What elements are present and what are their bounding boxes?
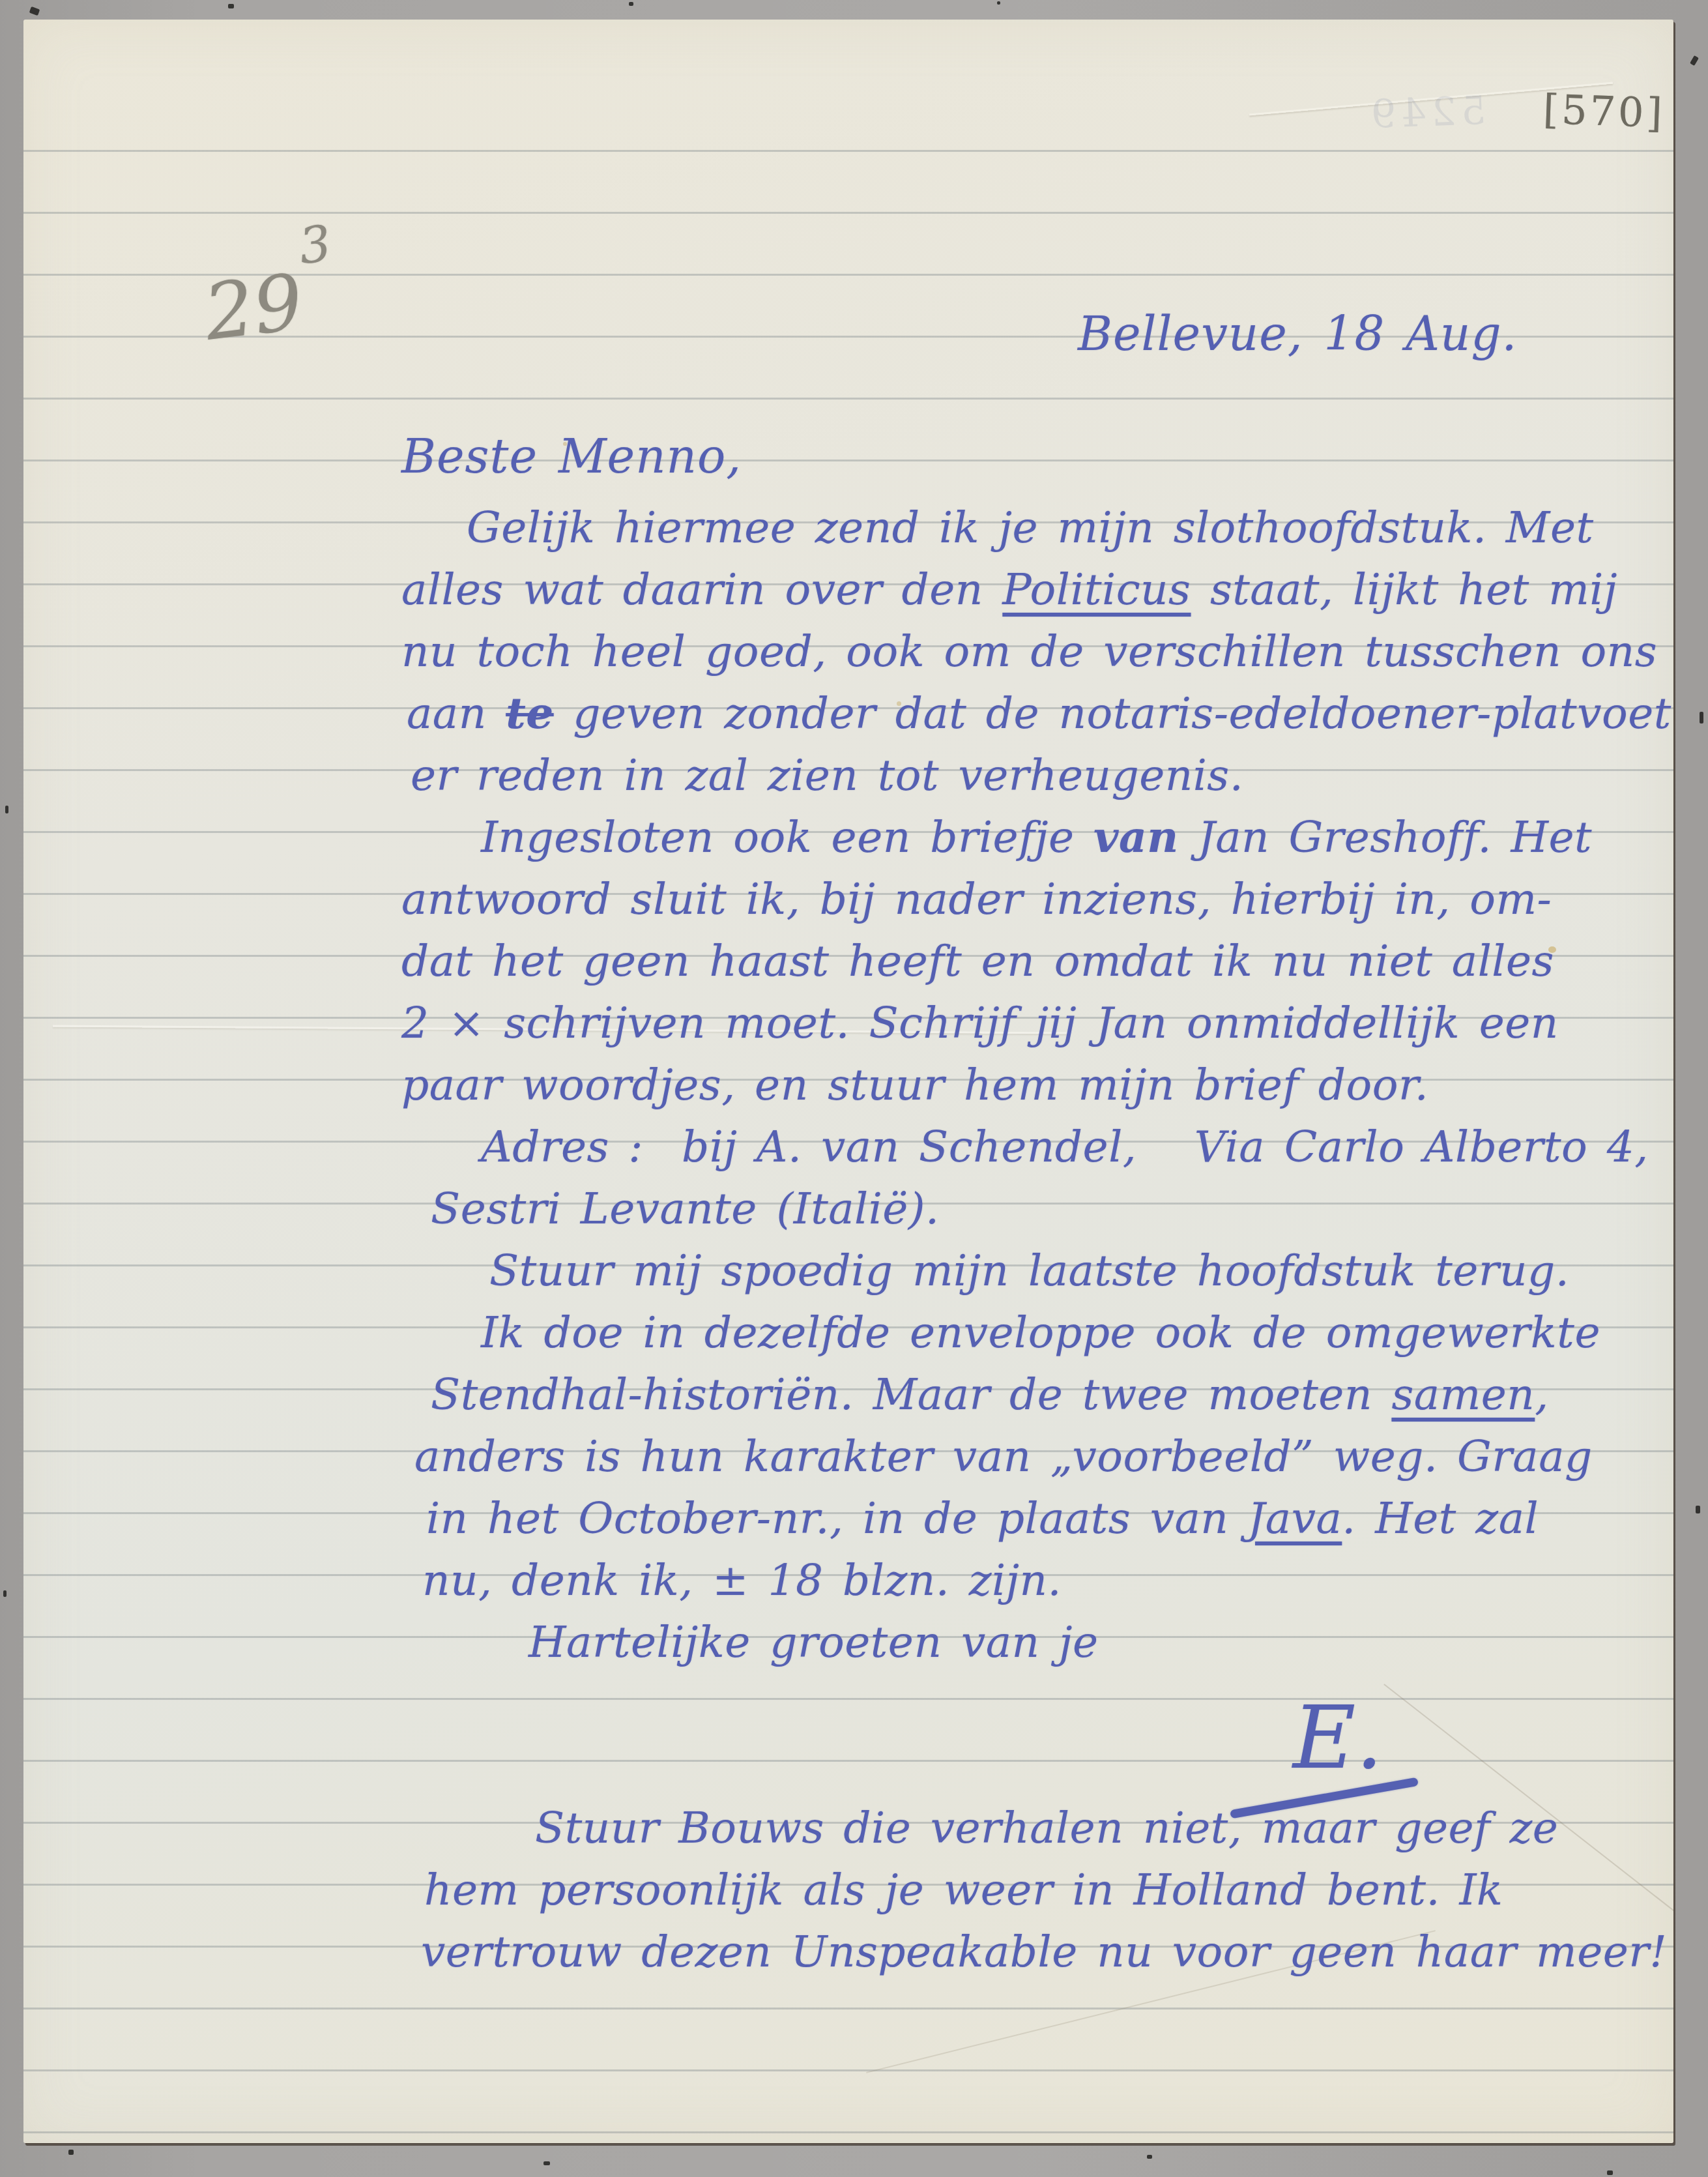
letter-line: hem persoonlijk als je weer in Holland b…	[401, 1859, 1667, 1921]
line-text: ,	[1535, 1369, 1548, 1420]
letter-line: paar woordjes, en stuur hem mijn brief d…	[401, 1054, 1672, 1116]
letter-line: Stuur Bouws die verhalen niet, maar geef…	[401, 1797, 1667, 1859]
line-text: geven zonder dat de notaris-edeldoener-p…	[554, 688, 1672, 738]
mat-speck	[1607, 2170, 1613, 2175]
underlined-word: Politicus	[1002, 564, 1191, 615]
pencil-page-number: 293	[199, 252, 339, 357]
mat-speck	[1147, 2155, 1152, 2159]
mat-speck	[1700, 712, 1703, 723]
line-text: Adres : bij A. van Schendel, Via Carlo A…	[481, 1122, 1649, 1172]
letter-line: 2 × schrijven moet. Schrijf jij Jan onmi…	[401, 992, 1672, 1054]
line-text: . Het zal	[1342, 1493, 1539, 1543]
letter-line: nu toch heel goed, ook om de verschillen…	[401, 621, 1672, 682]
line-text: te	[506, 688, 553, 738]
letter-line: vertrouw dezen Unspeakable nu voor geen …	[401, 1921, 1667, 1983]
line-text: anders is hun karakter van „voorbeeld” w…	[414, 1431, 1593, 1482]
line-text: aan	[407, 688, 506, 738]
line-text: Stuur mij spoedig mijn laatste hoofdstuk…	[489, 1246, 1569, 1296]
mat-speck	[543, 2161, 550, 2165]
line-text: 2 × schrijven moet. Schrijf jij Jan onmi…	[401, 998, 1559, 1048]
letter-line: Ingesloten ook een briefje van Jan Gresh…	[401, 806, 1672, 868]
letter-line: Stendhal-historiën. Maar de twee moeten …	[401, 1364, 1672, 1425]
line-text: paar woordjes, en stuur hem mijn brief d…	[401, 1060, 1428, 1110]
letter-line: Sestri Levante (Italië).	[401, 1178, 1672, 1240]
letter-line: er reden in zal zien tot verheugenis.	[401, 744, 1672, 806]
mat-speck	[68, 2150, 74, 2155]
letter-line: antwoord sluit ik, bij nader inziens, hi…	[401, 868, 1672, 930]
pencil-page-number-superscript: 3	[296, 214, 334, 275]
mat-speck	[1696, 1506, 1700, 1513]
mat-speck	[629, 2, 633, 6]
line-text: vertrouw dezen Unspeakable nu voor geen …	[421, 1927, 1667, 1977]
mat-speck	[5, 806, 8, 813]
letter-line: Hartelijke groeten van je	[401, 1611, 1672, 1673]
underlined-word: Java	[1248, 1493, 1342, 1543]
line-text: van	[1093, 811, 1179, 862]
line-text: in het October-nr., in de plaats van	[426, 1493, 1248, 1543]
line-text: Sestri Levante (Italië).	[431, 1184, 940, 1234]
line-text: staat, lijkt het mij	[1191, 564, 1617, 615]
letter-line: Ik doe in dezelfde enveloppe ook de omge…	[401, 1302, 1672, 1364]
letter-signature: E.	[1293, 1688, 1383, 1789]
letter-line: in het October-nr., in de plaats van Jav…	[401, 1487, 1672, 1549]
line-text: alles wat daarin over den	[401, 564, 1002, 615]
line-text: er reden in zal zien tot verheugenis.	[411, 750, 1243, 800]
mat-speck	[228, 4, 234, 8]
letter-line: dat het geen haast heeft en omdat ik nu …	[401, 930, 1672, 992]
letter-line: alles wat daarin over den Politicus staa…	[401, 559, 1672, 621]
line-text: Hartelijke groeten van je	[528, 1617, 1099, 1667]
letter-body: Gelijk hiermee zend ik je mijn slothoofd…	[401, 497, 1672, 1673]
line-text: dat het geen haast heeft en omdat ik nu …	[401, 936, 1554, 986]
line-text: hem persoonlijk als je weer in Holland b…	[424, 1865, 1503, 1915]
underlined-word: samen	[1391, 1369, 1535, 1420]
line-text: Ingesloten ook een briefje	[481, 812, 1093, 862]
letter-line: nu, denk ik, ± 18 blzn. zijn.	[401, 1549, 1672, 1611]
line-text: Stendhal-historiën. Maar de twee moeten	[431, 1369, 1391, 1420]
line-text: antwoord sluit ik, bij nader inziens, hi…	[401, 874, 1552, 924]
mat-speck	[3, 1590, 7, 1597]
line-text: nu toch heel goed, ook om de verschillen…	[401, 626, 1657, 677]
letter-line: Adres : bij A. van Schendel, Via Carlo A…	[401, 1116, 1672, 1178]
letter-line: Stuur mij spoedig mijn laatste hoofdstuk…	[401, 1240, 1672, 1302]
letter-line: aan te geven zonder dat de notaris-edeld…	[401, 682, 1672, 744]
mat-speck	[997, 1, 1000, 5]
letter-line: anders is hun karakter van „voorbeeld” w…	[401, 1425, 1672, 1487]
line-text: Gelijk hiermee zend ik je mijn slothoofd…	[467, 503, 1594, 553]
pencil-page-number-main: 29	[199, 257, 308, 358]
letter-place-date: Bellevue, 18 Aug.	[1078, 306, 1517, 361]
line-text: nu, denk ik, ± 18 blzn. zijn.	[422, 1555, 1062, 1605]
line-text: Stuur Bouws die verhalen niet, maar geef…	[535, 1803, 1558, 1853]
letter-postscript: Stuur Bouws die verhalen niet, maar geef…	[401, 1797, 1667, 1983]
letter-line: Gelijk hiermee zend ik je mijn slothoofd…	[401, 497, 1672, 559]
pencil-inventory-number: [570]	[1542, 85, 1666, 137]
line-text: Ik doe in dezelfde enveloppe ook de omge…	[481, 1308, 1600, 1358]
letter-paper: 293 5249 [570] Bellevue, 18 Aug. Beste M…	[23, 20, 1673, 2143]
ink-offset-ghost-digits: 5249	[1365, 88, 1487, 138]
line-text: Jan Greshoff. Het	[1179, 812, 1592, 862]
letter-salutation: Beste Menno,	[401, 429, 742, 484]
